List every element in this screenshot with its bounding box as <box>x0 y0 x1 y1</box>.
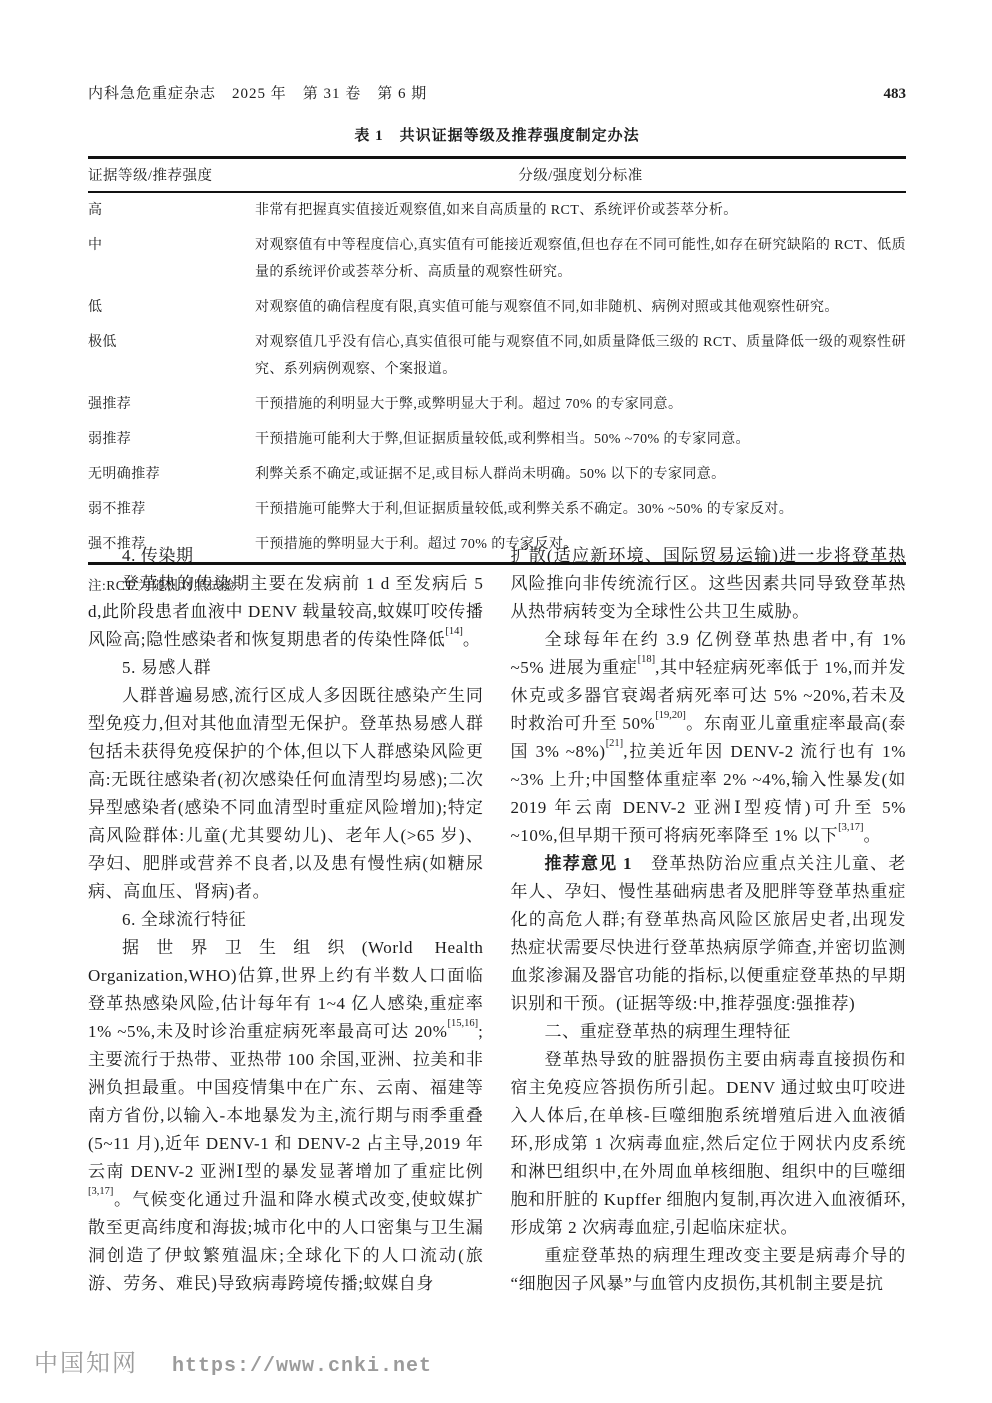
evidence-table: 证据等级/推荐强度 分级/强度划分标准 高非常有把握真实值接近观察值,如来自高质… <box>88 156 906 565</box>
criteria-cell: 非常有把握真实值接近观察值,如来自高质量的 RCT、系统评价或荟萃分析。 <box>255 192 906 228</box>
running-head: 内科急危重症杂志 2025 年 第 31 卷 第 6 期 483 <box>88 82 906 103</box>
evidence-level-cell: 强推荐 <box>88 387 255 422</box>
evidence-level-cell: 弱不推荐 <box>88 492 255 527</box>
criteria-cell: 干预措施可能弊大于利,但证据质量较低,或利弊关系不确定。30% ~50% 的专家… <box>255 492 906 527</box>
criteria-cell: 对观察值几乎没有信心,真实值很可能与观察值不同,如质量降低三级的 RCT、质量降… <box>255 325 906 387</box>
table-row: 极低对观察值几乎没有信心,真实值很可能与观察值不同,如质量降低三级的 RCT、质… <box>88 325 906 387</box>
evidence-level-cell: 极低 <box>88 325 255 387</box>
column-header-criteria: 分级/强度划分标准 <box>255 158 906 193</box>
table-row: 高非常有把握真实值接近观察值,如来自高质量的 RCT、系统评价或荟萃分析。 <box>88 192 906 228</box>
evidence-level-cell: 中 <box>88 228 255 290</box>
citation-ref: [3,17] <box>88 1186 113 1197</box>
text-columns: 4. 传染期登革热的传染期主要在发病前 1 d 至发病后 5 d,此阶段患者血液… <box>88 542 906 1298</box>
paragraph: 推荐意见 1 登革热防治应重点关注儿童、老年人、孕妇、慢性基础病患者及肥胖等登革… <box>511 850 907 1018</box>
criteria-cell: 对观察值的确信程度有限,真实值可能与观察值不同,如非随机、病例对照或其他观察性研… <box>255 290 906 325</box>
right-column: 扩散(适应新环境、国际贸易运输)进一步将登革热风险推向非传统流行区。这些因素共同… <box>511 542 907 1298</box>
criteria-cell: 对观察值有中等程度信心,真实值有可能接近观察值,但也存在不同可能性,如存在研究缺… <box>255 228 906 290</box>
evidence-level-cell: 弱推荐 <box>88 422 255 457</box>
paragraph: 登革热导致的脏器损伤主要由病毒直接损伤和宿主免疫应答损伤所引起。DENV 通过蚊… <box>511 1046 907 1242</box>
cnki-footer: 中国知网 https://www.cnki.net <box>34 1343 432 1378</box>
evidence-table-block: 表 1 共识证据等级及推荐强度制定办法 证据等级/推荐强度 分级/强度划分标准 … <box>88 124 906 594</box>
page-number: 483 <box>884 86 907 103</box>
criteria-cell: 利弊关系不确定,或证据不足,或目标人群尚未明确。50% 以下的专家同意。 <box>255 457 906 492</box>
table-header-row: 证据等级/推荐强度 分级/强度划分标准 <box>88 158 906 193</box>
evidence-level-cell: 无明确推荐 <box>88 457 255 492</box>
citation-ref: [19,20] <box>655 710 686 721</box>
citation-ref: [14] <box>445 626 463 637</box>
citation-ref: [15,16] <box>448 1018 479 1029</box>
section-heading: 4. 传染期 <box>88 542 484 570</box>
journal-title-line: 内科急危重症杂志 2025 年 第 31 卷 第 6 期 <box>88 82 427 103</box>
paragraph: 重症登革热的病理生理改变主要是病毒介导的“细胞因子风暴”与血管内皮损伤,其机制主… <box>511 1242 907 1298</box>
left-column: 4. 传染期登革热的传染期主要在发病前 1 d 至发病后 5 d,此阶段患者血液… <box>88 542 484 1298</box>
paragraph: 据世界卫生组织(World Health Organization,WHO)估算… <box>88 934 484 1298</box>
section-heading: 二、重症登革热的病理生理特征 <box>511 1018 907 1046</box>
section-heading: 6. 全球流行特征 <box>88 906 484 934</box>
paragraph: 扩散(适应新环境、国际贸易运输)进一步将登革热风险推向非传统流行区。这些因素共同… <box>511 542 907 626</box>
table-caption: 表 1 共识证据等级及推荐强度制定办法 <box>88 124 906 145</box>
citation-ref: [3,17] <box>838 822 863 833</box>
paragraph: 全球每年在约 3.9 亿例登革热患者中,有 1% ~5% 进展为重症[18],其… <box>511 626 907 850</box>
cnki-logo-text: 中国知网 <box>34 1343 138 1378</box>
journal-page: 内科急危重症杂志 2025 年 第 31 卷 第 6 期 483 表 1 共识证… <box>0 0 992 1403</box>
recommendation-lead: 推荐意见 1 <box>545 854 652 873</box>
criteria-cell: 干预措施的利明显大于弊,或弊明显大于利。超过 70% 的专家同意。 <box>255 387 906 422</box>
table-body: 高非常有把握真实值接近观察值,如来自高质量的 RCT、系统评价或荟萃分析。中对观… <box>88 192 906 564</box>
paragraph: 人群普遍易感,流行区成人多因既往感染产生同型免疫力,但对其他血清型无保护。登革热… <box>88 682 484 906</box>
table-row: 弱推荐干预措施可能利大于弊,但证据质量较低,或利弊相当。50% ~70% 的专家… <box>88 422 906 457</box>
table-row: 无明确推荐利弊关系不确定,或证据不足,或目标人群尚未明确。50% 以下的专家同意… <box>88 457 906 492</box>
evidence-level-cell: 高 <box>88 192 255 228</box>
table-row: 弱不推荐干预措施可能弊大于利,但证据质量较低,或利弊关系不确定。30% ~50%… <box>88 492 906 527</box>
citation-ref: [21] <box>606 738 624 749</box>
evidence-level-cell: 低 <box>88 290 255 325</box>
table-row: 强推荐干预措施的利明显大于弊,或弊明显大于利。超过 70% 的专家同意。 <box>88 387 906 422</box>
table-head: 证据等级/推荐强度 分级/强度划分标准 <box>88 158 906 193</box>
citation-ref: [18] <box>638 654 656 665</box>
criteria-cell: 干预措施可能利大于弊,但证据质量较低,或利弊相当。50% ~70% 的专家同意。 <box>255 422 906 457</box>
column-header-evidence-level: 证据等级/推荐强度 <box>88 158 255 193</box>
section-heading: 5. 易感人群 <box>88 654 484 682</box>
paragraph: 登革热的传染期主要在发病前 1 d 至发病后 5 d,此阶段患者血液中 DENV… <box>88 570 484 654</box>
table-row: 低对观察值的确信程度有限,真实值可能与观察值不同,如非随机、病例对照或其他观察性… <box>88 290 906 325</box>
cnki-url: https://www.cnki.net <box>172 1355 432 1378</box>
table-row: 中对观察值有中等程度信心,真实值有可能接近观察值,但也存在不同可能性,如存在研究… <box>88 228 906 290</box>
